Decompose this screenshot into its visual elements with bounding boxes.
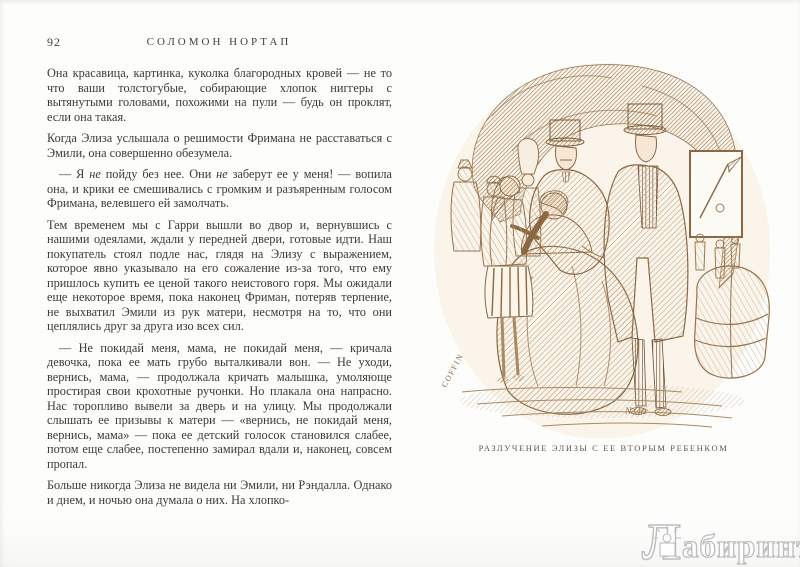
- book-page: 92 СОЛОМОН НОРТАП Она красавица, картинк…: [0, 0, 800, 567]
- labirint-watermark: Л абиринт: [640, 503, 800, 565]
- text-segment: не: [216, 167, 228, 181]
- text-segment: не: [89, 167, 101, 181]
- text-segment: пойду без нее. Они: [101, 167, 216, 181]
- text-segment: Когда Элиза услышала о решимости Фримана…: [47, 131, 392, 160]
- paragraph: Она красавица, картинка, куколка благоро…: [47, 66, 392, 124]
- engraver-signature-right: N.Orr: [624, 407, 648, 417]
- text-segment: Тем временем мы с Гарри вышли во двор и,…: [47, 218, 392, 334]
- paragraph: Больше никогда Элиза не видела ни Эмили,…: [47, 478, 392, 507]
- paragraph: Тем временем мы с Гарри вышли во двор и,…: [47, 218, 392, 334]
- paragraph: Когда Элиза услышала о решимости Фримана…: [47, 131, 392, 160]
- text-segment: — Не покидай меня, мама, не покидай меня…: [47, 341, 392, 471]
- text-segment: Больше никогда Элиза не видела ни Эмили,…: [47, 478, 392, 507]
- watermark-text: абиринт: [682, 529, 800, 565]
- jack-in-the-box-icon: [653, 526, 681, 556]
- cotton-bale: [695, 266, 770, 378]
- figure-caption: РАЗЛУЧЕНИЕ ЭЛИЗЫ С ЕЕ ВТОРЫМ РЕБЕНКОМ: [432, 443, 775, 453]
- background-doorway: [690, 151, 742, 278]
- engraving-illustration: COFFIN N.Orr: [432, 56, 775, 438]
- watermark-initial: Л: [642, 514, 681, 565]
- text-segment: Она красавица, картинка, куколка благоро…: [47, 66, 392, 124]
- paragraph: — Я не пойду без нее. Они не заберут ее …: [47, 167, 392, 211]
- body-text-column: Она красавица, картинка, куколка благоро…: [47, 66, 392, 514]
- text-segment: — Я: [59, 167, 89, 181]
- paragraph: — Не покидай меня, мама, не покидай меня…: [47, 341, 392, 472]
- engraver-signature-left: COFFIN: [440, 352, 466, 389]
- running-head: СОЛОМОН НОРТАП: [47, 36, 391, 48]
- labirint-logo: Л абиринт: [642, 514, 800, 565]
- illustration-figure: COFFIN N.Orr РАЗЛУЧЕНИЕ ЭЛИЗЫ С ЕЕ ВТОРЫ…: [432, 56, 775, 453]
